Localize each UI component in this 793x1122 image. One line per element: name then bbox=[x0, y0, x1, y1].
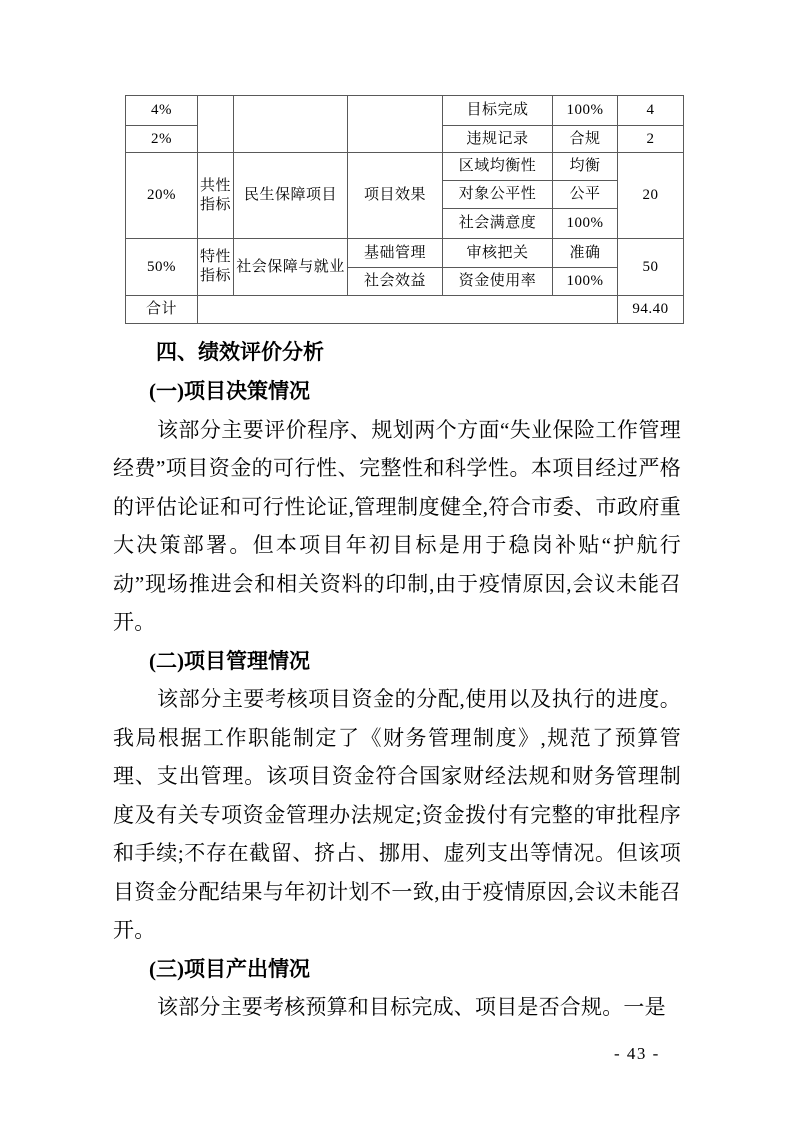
cell-project: 民生保障项目 bbox=[234, 153, 348, 239]
cell-indicator: 审核把关 bbox=[443, 239, 553, 268]
cell-score: 50 bbox=[618, 239, 684, 296]
performance-score-table: 4% 目标完成 100% 4 2% 违规记录 合规 2 20% 共性指标 bbox=[125, 95, 684, 324]
cell-value: 合规 bbox=[553, 126, 618, 153]
cell-category: 社会效益 bbox=[348, 268, 443, 296]
cell-category: 基础管理 bbox=[348, 239, 443, 268]
cell-indicator: 区域均衡性 bbox=[443, 153, 553, 181]
cell-indicator: 对象公平性 bbox=[443, 181, 553, 209]
table-row: 4% 目标完成 100% 4 bbox=[126, 96, 684, 126]
page-content: 4% 目标完成 100% 4 2% 违规记录 合规 2 20% 共性指标 bbox=[113, 95, 681, 1027]
subsection-title-3: (三)项目产出情况 bbox=[113, 950, 681, 989]
cell-value: 100% bbox=[553, 268, 618, 296]
cell-weight: 4% bbox=[126, 96, 198, 126]
cell-indicator: 违规记录 bbox=[443, 126, 553, 153]
paragraph-2: 该部分主要考核项目资金的分配,使用以及执行的进度。我局根据工作职能制定了《财务管… bbox=[113, 680, 681, 950]
cell-empty bbox=[198, 96, 234, 153]
subsection-title-1: (一)项目决策情况 bbox=[113, 372, 681, 411]
cell-score: 4 bbox=[618, 96, 684, 126]
table-row: 20% 共性指标 民生保障项目 项目效果 区域均衡性 均衡 20 bbox=[126, 153, 684, 181]
cell-value: 100% bbox=[553, 96, 618, 126]
cell-indicator: 资金使用率 bbox=[443, 268, 553, 296]
table-row: 50% 特性指标 社会保障与就业 基础管理 审核把关 准确 50 bbox=[126, 239, 684, 268]
table-row-total: 合计 94.40 bbox=[126, 296, 684, 324]
cell-weight: 20% bbox=[126, 153, 198, 239]
cell-indicator-type: 共性指标 bbox=[198, 153, 234, 239]
cell-total-score: 94.40 bbox=[618, 296, 684, 324]
paragraph-1: 该部分主要评价程序、规划两个方面“失业保险工作管理经费”项目资金的可行性、完整性… bbox=[113, 411, 681, 642]
cell-value: 准确 bbox=[553, 239, 618, 268]
cell-project: 社会保障与就业 bbox=[234, 239, 348, 296]
cell-empty bbox=[198, 296, 618, 324]
cell-weight: 50% bbox=[126, 239, 198, 296]
cell-indicator: 目标完成 bbox=[443, 96, 553, 126]
paragraph-3: 该部分主要考核预算和目标完成、项目是否合规。一是 bbox=[113, 988, 681, 1027]
cell-total-label: 合计 bbox=[126, 296, 198, 324]
cell-value: 均衡 bbox=[553, 153, 618, 181]
section-heading: 四、绩效评价分析 bbox=[113, 334, 681, 372]
cell-indicator-type: 特性指标 bbox=[198, 239, 234, 296]
cell-category: 项目效果 bbox=[348, 153, 443, 239]
cell-score: 20 bbox=[618, 153, 684, 239]
cell-score: 2 bbox=[618, 126, 684, 153]
cell-indicator: 社会满意度 bbox=[443, 209, 553, 239]
cell-value: 公平 bbox=[553, 181, 618, 209]
cell-empty bbox=[348, 96, 443, 153]
cell-empty bbox=[234, 96, 348, 153]
subsection-title-2: (二)项目管理情况 bbox=[113, 642, 681, 681]
cell-value: 100% bbox=[553, 209, 618, 239]
document-page: 4% 目标完成 100% 4 2% 违规记录 合规 2 20% 共性指标 bbox=[0, 0, 793, 1122]
cell-weight: 2% bbox=[126, 126, 198, 153]
page-number: - 43 - bbox=[614, 1044, 660, 1064]
